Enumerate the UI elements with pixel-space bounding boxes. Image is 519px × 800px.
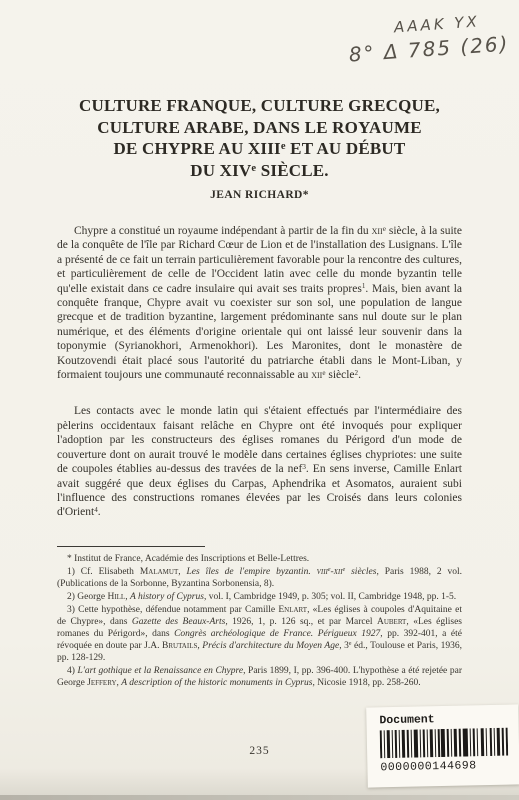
article-title-line-1: CULTURE FRANQUE, CULTURE GRECQUE, (57, 95, 462, 117)
shelfmark-handwriting: AAAK YX 8° Δ 785 (26) (347, 10, 510, 66)
barcode-number: 0000000144698 (380, 758, 519, 774)
article-title-line-4: DU XIVe SIÈCLE. (57, 160, 462, 182)
article-title-line-3: DE CHYPRE AU XIIIe ET AU DÉBUT (57, 138, 462, 160)
article-title-line-2: CULTURE ARABE, DANS LE ROYAUME (57, 117, 462, 139)
body-paragraph-2: Les contacts avec le monde latin qui s'é… (57, 404, 462, 519)
footnote-4: 4) L'art gothique et la Renaissance en C… (57, 665, 462, 689)
article-body: Chypre a constitué un royaume indépendan… (57, 224, 462, 520)
barcode-image (380, 728, 509, 759)
footnote-2: 2) George Hill, A history of Cyprus, vol… (57, 591, 462, 603)
footnote-star: * Institut de France, Académie des Inscr… (57, 553, 462, 565)
footnotes-section: * Institut de France, Académie des Inscr… (57, 546, 462, 690)
article-header: CULTURE FRANQUE, CULTURE GRECQUE, CULTUR… (57, 95, 462, 201)
author-byline: JEAN RICHARD* (57, 189, 462, 201)
scan-bottom-edge (0, 795, 519, 800)
footnote-3: 3) Cette hypothèse, défendue notamment p… (57, 604, 462, 664)
body-paragraph-1: Chypre a constitué un royaume indépendan… (57, 224, 462, 382)
footnote-separator-rule (57, 546, 205, 547)
footnote-1: 1) Cf. Elisabeth Malamut, Les îles de l'… (57, 566, 462, 590)
barcode-label: Document (379, 711, 518, 727)
scanned-page: { "shelfmark": { "line1": "AAAK YX", "li… (0, 0, 519, 800)
barcode-sticker: Document 0000000144698 (366, 704, 519, 787)
